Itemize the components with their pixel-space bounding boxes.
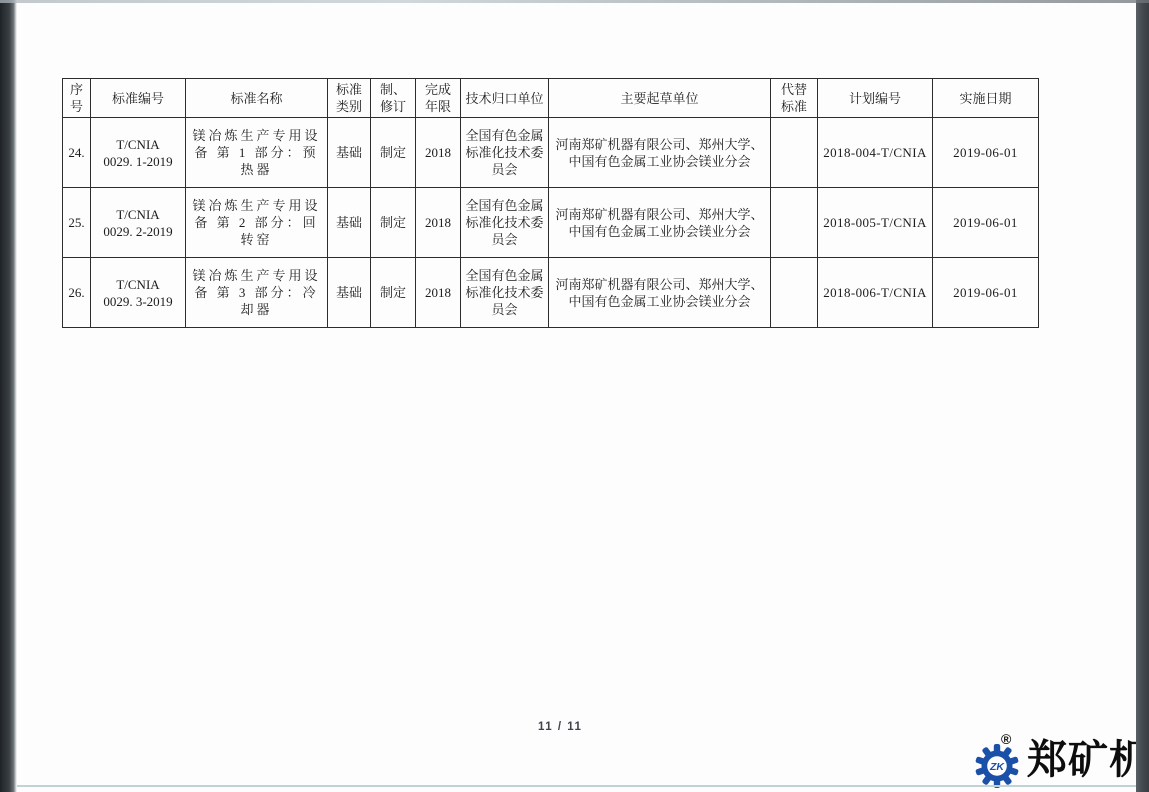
scan-edge-top — [0, 0, 1149, 3]
cell-seq: 25. — [63, 188, 91, 258]
brand-logo: ZK ® 郑矿机器 — [975, 732, 1149, 790]
cell-replaced-standard — [771, 258, 818, 328]
zk-monogram: ZK — [989, 761, 1005, 773]
scan-edge-bottom-line — [17, 785, 1136, 787]
cell-replaced-standard — [771, 118, 818, 188]
table-header-row: 序号 标准编号 标准名称 标准类别 制、修订 完成年限 技术归口单位 主要起草单… — [63, 79, 1039, 118]
cell-impl-date: 2019-06-01 — [933, 118, 1039, 188]
cell-make-revise: 制定 — [371, 258, 416, 328]
cell-completion-year: 2018 — [416, 188, 461, 258]
registered-trademark-symbol: ® — [1001, 731, 1011, 747]
table-row: 25. T/CNIA 0029. 2-2019 镁冶炼生产专用设备 第 2 部分… — [63, 188, 1039, 258]
col-header-seq: 序号 — [63, 79, 91, 118]
cell-drafting-unit: 河南郑矿机器有限公司、郑州大学、 中国有色金属工业协会镁业分会 — [549, 118, 771, 188]
cell-tech-unit: 全国有色金属标准化技术委员会 — [461, 118, 549, 188]
col-header-standard-name: 标准名称 — [186, 79, 328, 118]
cell-plan-no: 2018-004-T/CNIA — [818, 118, 933, 188]
page-number: 11 / 11 — [538, 721, 582, 733]
brand-name-text: 郑矿机器 — [1027, 739, 1149, 781]
cell-standard-no: T/CNIA 0029. 3-2019 — [91, 258, 186, 328]
col-header-make-revise: 制、修订 — [371, 79, 416, 118]
cell-category: 基础 — [328, 258, 371, 328]
cell-tech-unit: 全国有色金属标准化技术委员会 — [461, 188, 549, 258]
cell-standard-name: 镁冶炼生产专用设备 第 3 部分：冷却器 — [186, 258, 328, 328]
cell-standard-name: 镁冶炼生产专用设备 第 1 部分：预热器 — [186, 118, 328, 188]
standards-table: 序号 标准编号 标准名称 标准类别 制、修订 完成年限 技术归口单位 主要起草单… — [62, 78, 1039, 328]
cell-drafting-unit: 河南郑矿机器有限公司、郑州大学、 中国有色金属工业协会镁业分会 — [549, 258, 771, 328]
scan-edge-left — [0, 0, 17, 792]
zk-gear-icon: ZK — [975, 744, 1019, 788]
table-row: 24. T/CNIA 0029. 1-2019 镁冶炼生产专用设备 第 1 部分… — [63, 118, 1039, 188]
cell-completion-year: 2018 — [416, 118, 461, 188]
table-row: 26. T/CNIA 0029. 3-2019 镁冶炼生产专用设备 第 3 部分… — [63, 258, 1039, 328]
cell-impl-date: 2019-06-01 — [933, 258, 1039, 328]
cell-replaced-standard — [771, 188, 818, 258]
cell-category: 基础 — [328, 118, 371, 188]
cell-standard-no: T/CNIA 0029. 2-2019 — [91, 188, 186, 258]
cell-plan-no: 2018-006-T/CNIA — [818, 258, 933, 328]
cell-category: 基础 — [328, 188, 371, 258]
cell-completion-year: 2018 — [416, 258, 461, 328]
cell-make-revise: 制定 — [371, 188, 416, 258]
cell-drafting-unit: 河南郑矿机器有限公司、郑州大学、 中国有色金属工业协会镁业分会 — [549, 188, 771, 258]
cell-standard-no: T/CNIA 0029. 1-2019 — [91, 118, 186, 188]
col-header-standard-no: 标准编号 — [91, 79, 186, 118]
cell-tech-unit: 全国有色金属标准化技术委员会 — [461, 258, 549, 328]
cell-seq: 24. — [63, 118, 91, 188]
cell-plan-no: 2018-005-T/CNIA — [818, 188, 933, 258]
col-header-impl-date: 实施日期 — [933, 79, 1039, 118]
col-header-completion-year: 完成年限 — [416, 79, 461, 118]
col-header-category: 标准类别 — [328, 79, 371, 118]
col-header-plan-no: 计划编号 — [818, 79, 933, 118]
scan-edge-right — [1136, 0, 1149, 792]
cell-seq: 26. — [63, 258, 91, 328]
col-header-drafting-unit: 主要起草单位 — [549, 79, 771, 118]
scanned-document-page: 序号 标准编号 标准名称 标准类别 制、修订 完成年限 技术归口单位 主要起草单… — [0, 0, 1149, 792]
col-header-replaced-standard: 代替标准 — [771, 79, 818, 118]
col-header-tech-unit: 技术归口单位 — [461, 79, 549, 118]
cell-make-revise: 制定 — [371, 118, 416, 188]
cell-impl-date: 2019-06-01 — [933, 188, 1039, 258]
cell-standard-name: 镁冶炼生产专用设备 第 2 部分：回转窑 — [186, 188, 328, 258]
